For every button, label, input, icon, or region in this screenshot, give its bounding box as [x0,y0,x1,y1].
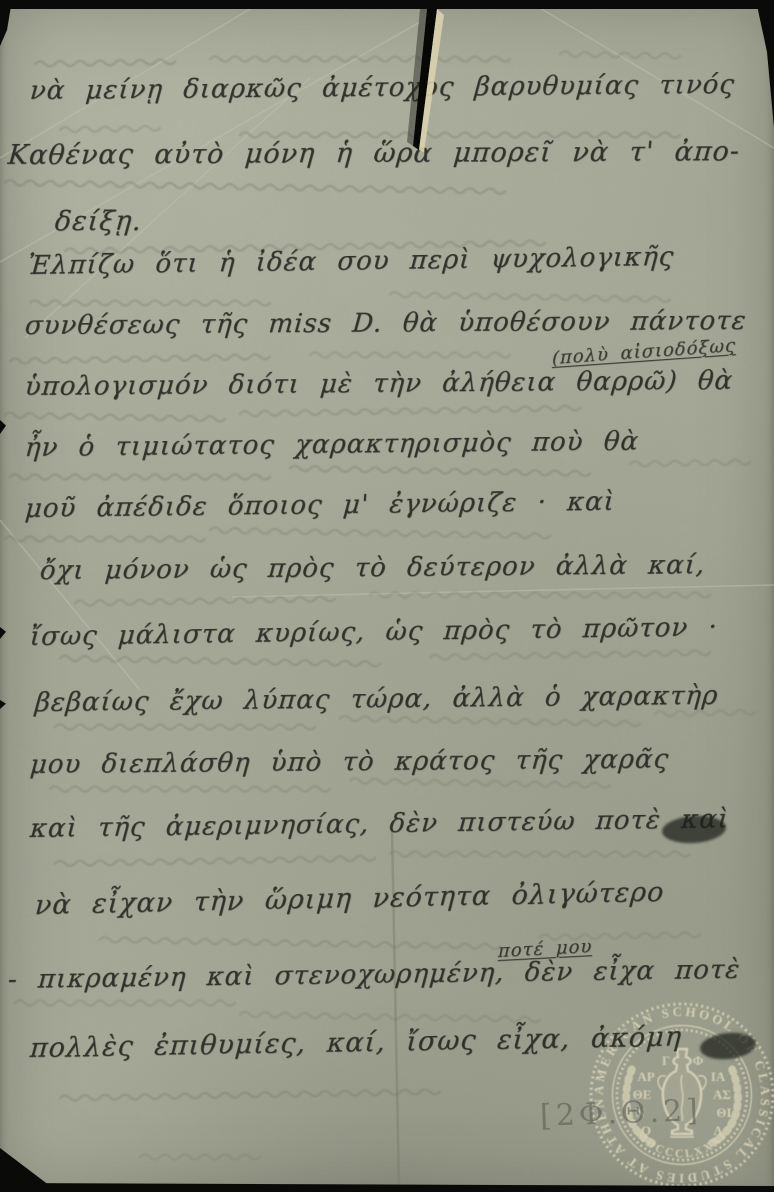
pencil-archival-mark: [2Φ.Θ.2] [539,1093,702,1134]
seal-letter: Γ [662,1053,670,1068]
seal-letter: ΙΑ [711,1069,726,1084]
scanned-letter-page: AMERICAN SCHOOL OF CLASSICAL STUDIES AT … [0,0,774,1192]
seal-letter: Λ [713,1123,723,1138]
seal-letter: Φ [693,1053,704,1068]
seal-letter: ΑΡ [637,1069,654,1084]
seal-letter: ΘΙ [716,1105,731,1120]
seal-letter: ΑΣ [713,1087,731,1102]
